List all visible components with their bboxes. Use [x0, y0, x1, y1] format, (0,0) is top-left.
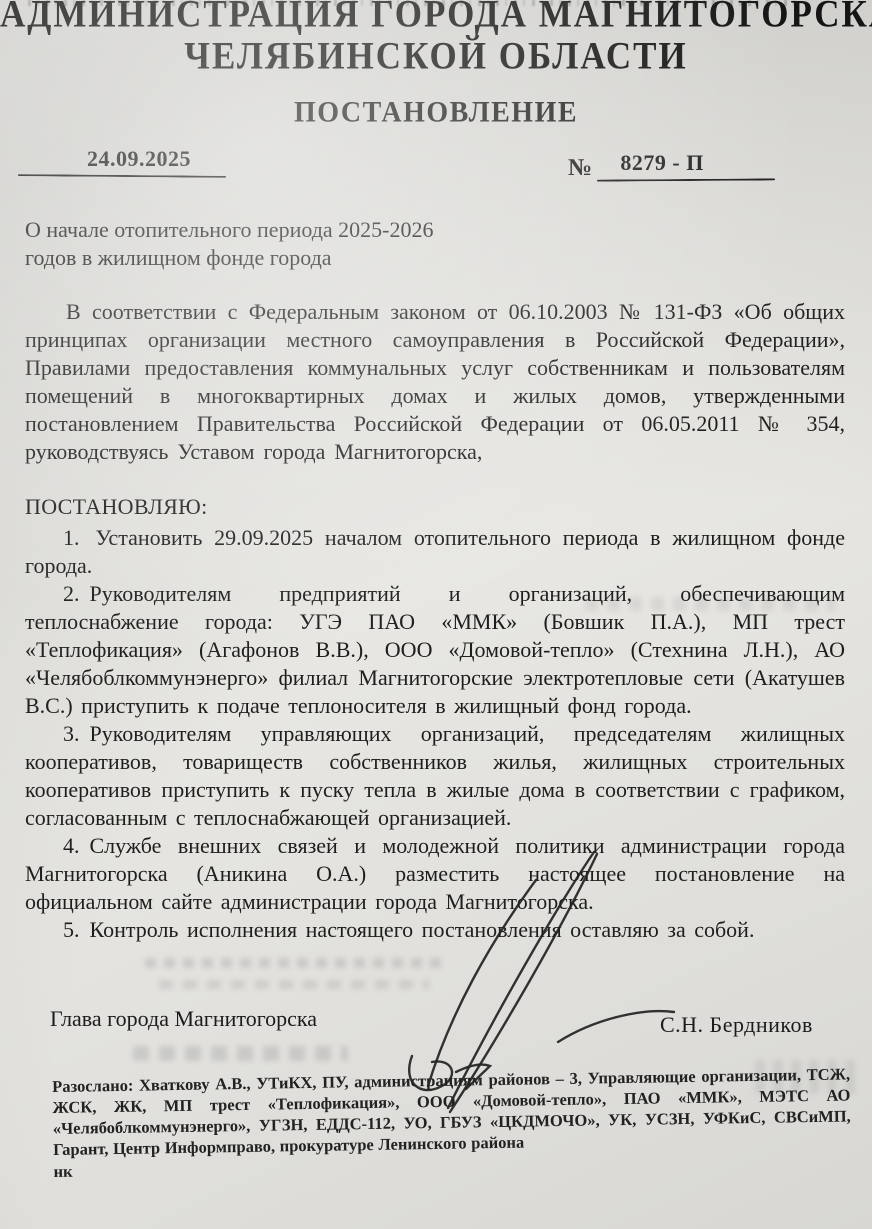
- item-4-number: 4.: [63, 833, 90, 858]
- decree-item-2: 2.Руководителям предприятий и организаци…: [25, 580, 845, 720]
- item-2-number: 2.: [63, 581, 90, 606]
- item-2-text: Руководителям предприятий и организаций,…: [25, 581, 845, 718]
- document-number: 8279 - П: [597, 150, 775, 176]
- document-date: 24.09.2025: [18, 146, 226, 172]
- number-underline: [597, 178, 775, 181]
- date-underline: [18, 174, 226, 178]
- bleedthrough-artifact: [133, 1046, 348, 1061]
- item-3-number: 3.: [63, 721, 90, 746]
- number-sign: №: [568, 156, 597, 181]
- decree-item-3: 3.Руководителям управляющих организаций,…: [25, 720, 845, 832]
- number-block: № 8279 - П: [568, 150, 775, 181]
- document-type-title: ПОСТАНОВЛЕНИЕ: [0, 96, 872, 130]
- org-name-line2: ЧЕЛЯБИНСКОЙ ОБЛАСТИ: [0, 34, 872, 79]
- distribution-list: Разослано: Хваткову А.В., УТиКХ, ПУ, адм…: [52, 1063, 851, 1160]
- document-body: О начале отопительного периода 2025-2026…: [25, 216, 845, 944]
- item-1-text: Установить 29.09.2025 началом отопительн…: [25, 525, 845, 578]
- scanned-decree-page: АДМИНИСТРАЦИЯ ГОРОДА МАГНИТОГОРСКА ЧЕЛЯБ…: [0, 0, 872, 1229]
- item-3-text: Руководителям управляющих организаций, п…: [25, 721, 845, 830]
- item-1-number: 1.: [63, 525, 96, 550]
- document-subject: О начале отопительного периода 2025-2026…: [25, 216, 845, 272]
- distribution-block: Разослано: Хваткову А.В., УТиКХ, ПУ, адм…: [52, 1063, 852, 1182]
- signer-name: С.Н. Бердников: [660, 1012, 813, 1038]
- date-block: 24.09.2025: [18, 146, 226, 177]
- signer-position: Глава города Магнитогорска: [50, 1006, 317, 1032]
- org-name-line1: АДМИНИСТРАЦИЯ ГОРОДА МАГНИТОГОРСКА: [0, 0, 872, 36]
- decree-item-1: 1.Установить 29.09.2025 началом отопител…: [25, 524, 845, 580]
- item-5-number: 5.: [63, 917, 90, 942]
- preamble-paragraph: В соответствии с Федеральным законом от …: [25, 298, 845, 466]
- number-field: 8279 - П: [597, 150, 775, 181]
- resolve-heading: ПОСТАНОВЛЯЮ:: [25, 493, 845, 521]
